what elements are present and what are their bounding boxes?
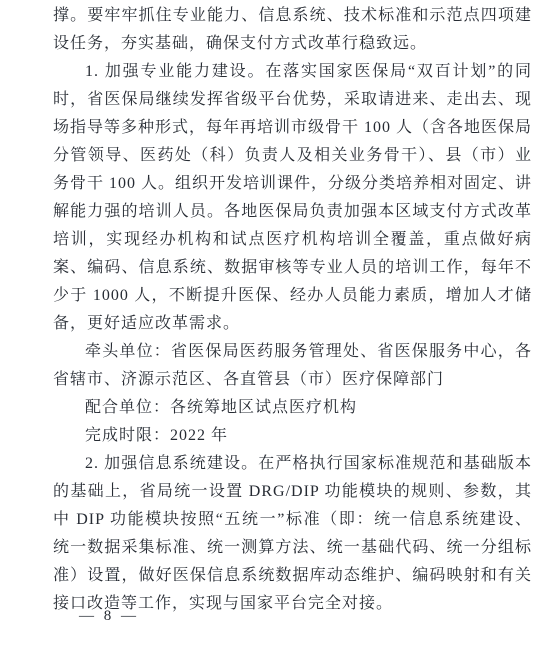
paragraph-support-unit: 配合单位：各统筹地区试点医疗机构	[53, 394, 532, 422]
document-page: 撑。要牢牢抓住专业能力、信息系统、技术标准和示范点四项建设任务，夯实基础，确保支…	[0, 0, 547, 653]
paragraph-item-1-professional-capacity: 1. 加强专业能力建设。在落实国家医保局“双百计划”的同时，省医保局继续发挥省级…	[53, 58, 532, 338]
paragraph-continuation: 撑。要牢牢抓住专业能力、信息系统、技术标准和示范点四项建设任务，夯实基础，确保支…	[53, 2, 532, 58]
paragraph-item-2-information-system: 2. 加强信息系统建设。在严格执行国家标准规范和基础版本的基础上，省局统一设置 …	[53, 450, 532, 618]
document-text-block: 撑。要牢牢抓住专业能力、信息系统、技术标准和示范点四项建设任务，夯实基础，确保支…	[53, 0, 532, 618]
page-number: — 8 —	[79, 604, 139, 628]
paragraph-lead-unit: 牵头单位：省医保局医药服务管理处、省医保服务中心，各省辖市、济源示范区、各直管县…	[53, 338, 532, 394]
paragraph-deadline: 完成时限：2022 年	[53, 422, 532, 450]
